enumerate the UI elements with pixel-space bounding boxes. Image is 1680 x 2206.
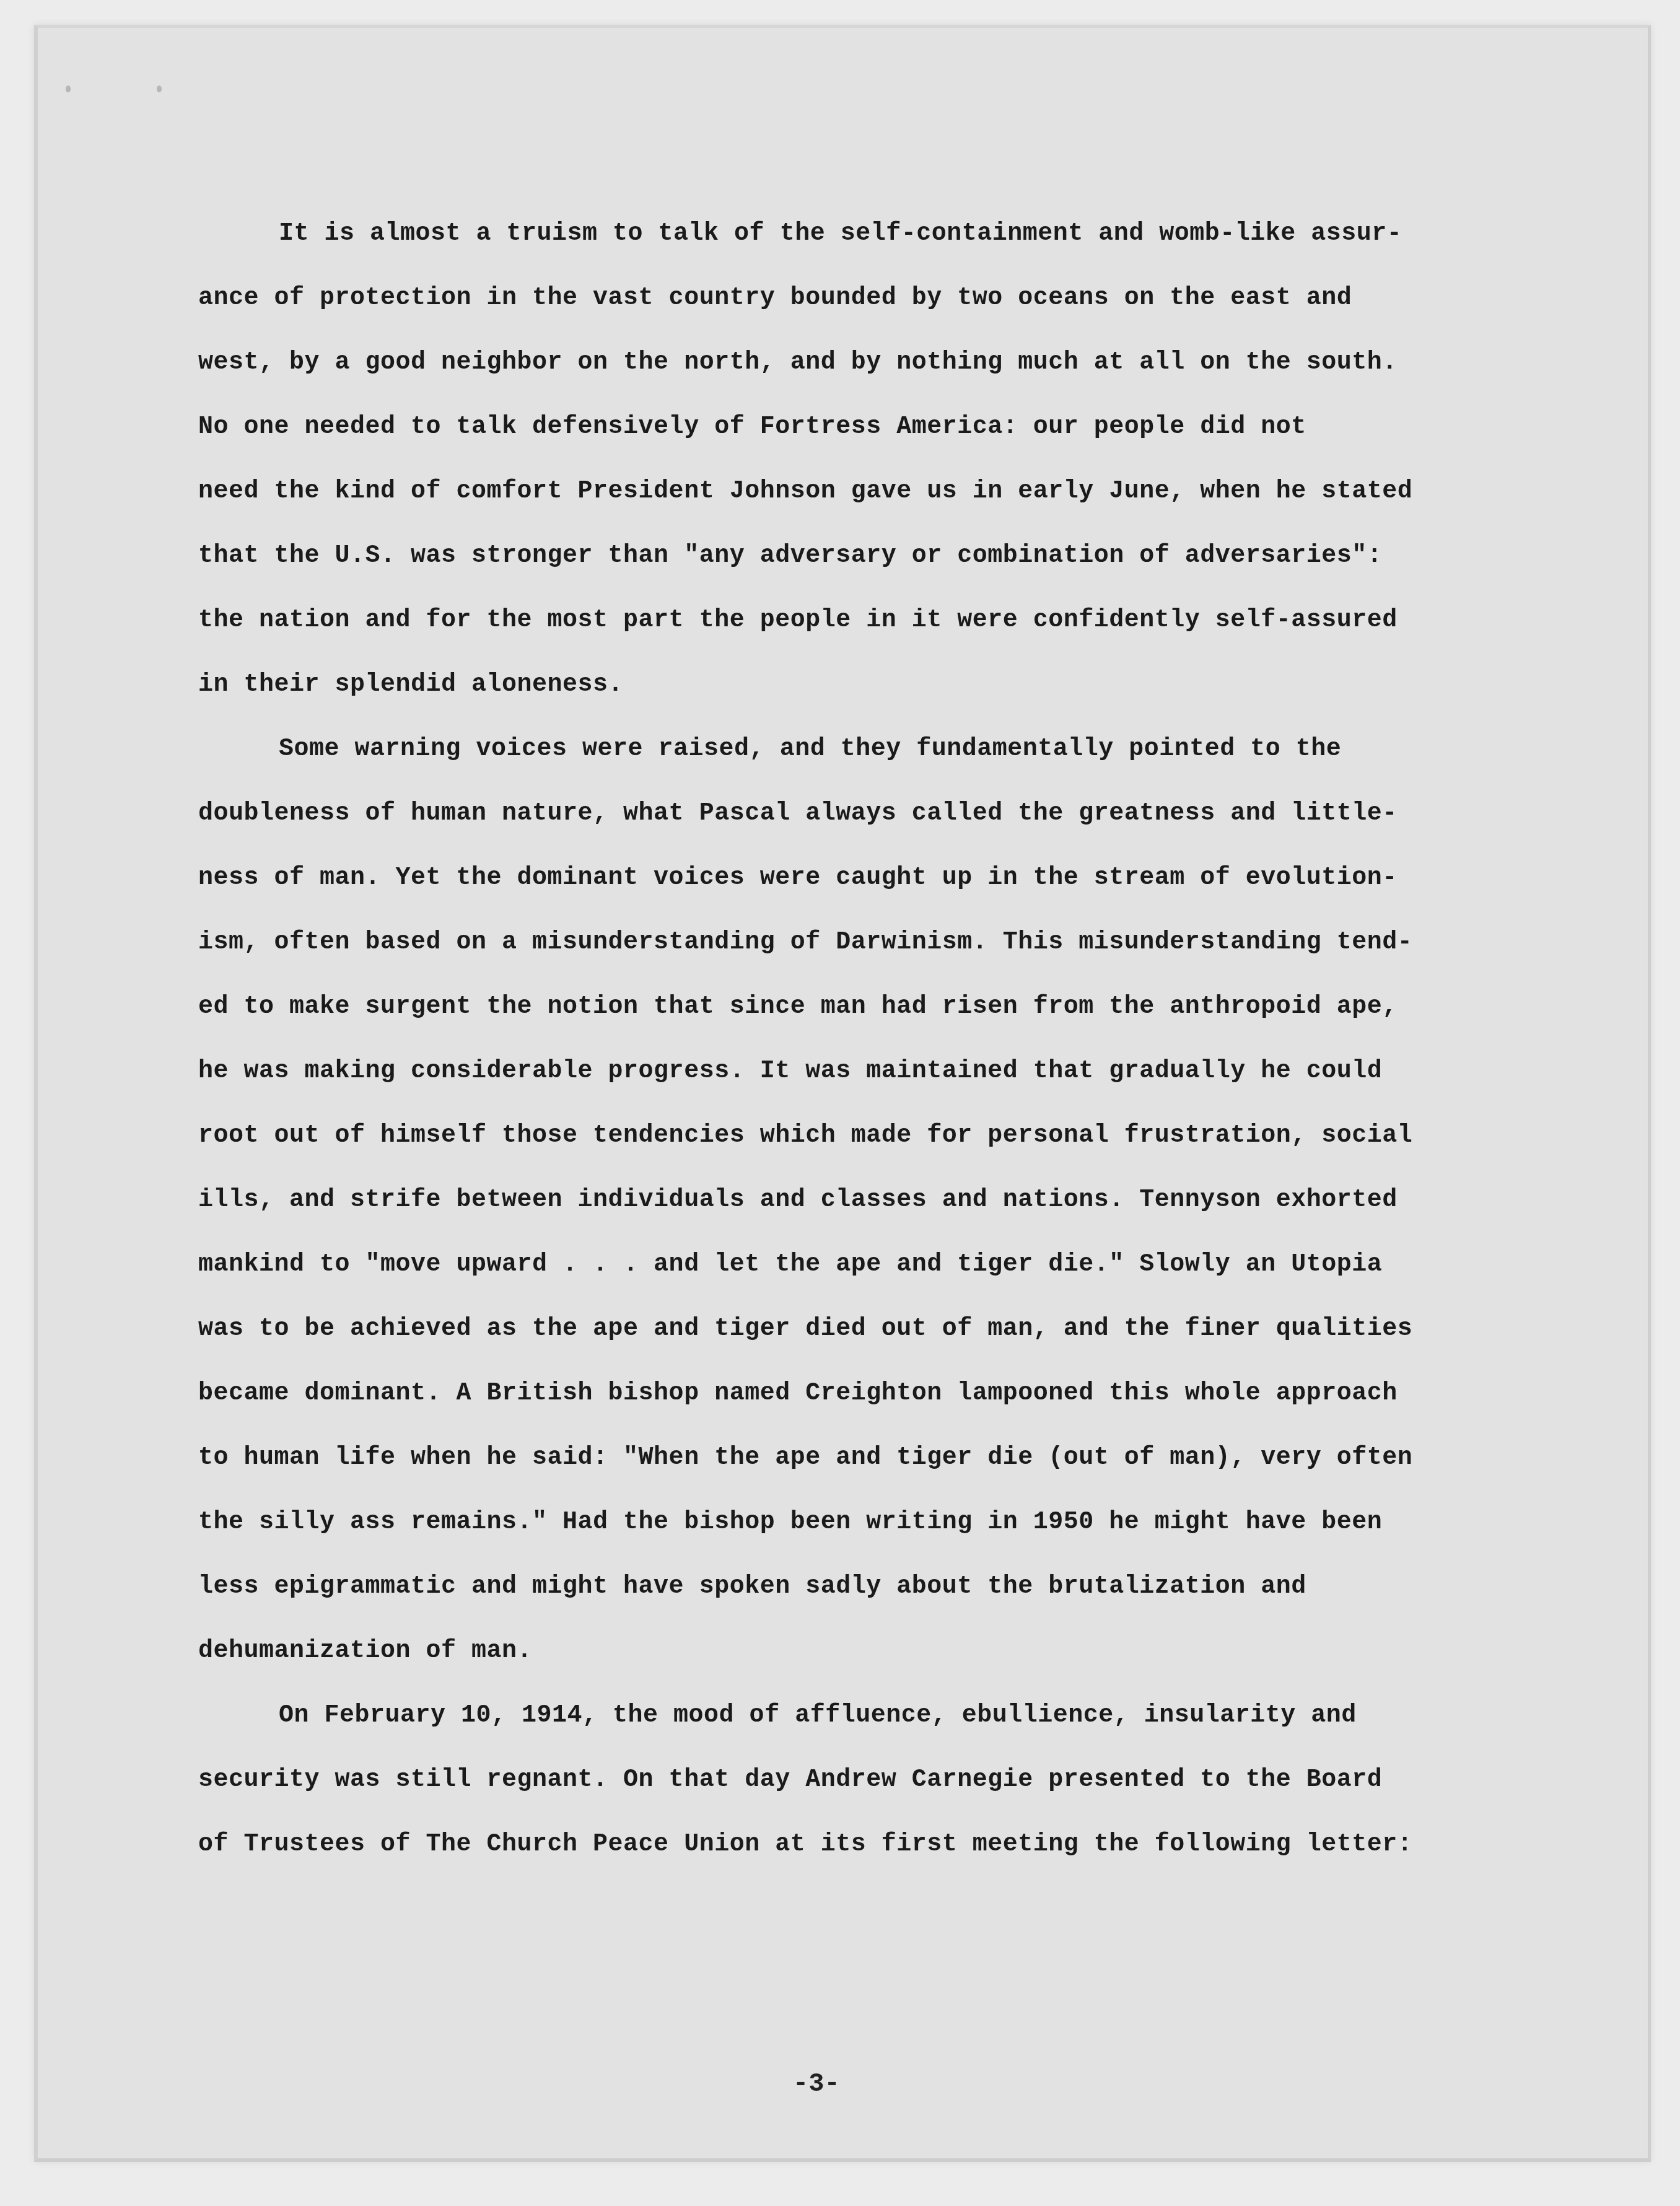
paragraph-2: Some warning voices were raised, and the… xyxy=(198,731,1493,1697)
text-line: Some warning voices were raised, and the… xyxy=(198,731,1493,795)
text-line: ed to make surgent the notion that since… xyxy=(198,989,1493,1053)
text-line: ness of man. Yet the dominant voices wer… xyxy=(198,860,1493,924)
text-line: need the kind of comfort President Johns… xyxy=(198,473,1493,538)
text-line: was to be achieved as the ape and tiger … xyxy=(198,1311,1493,1375)
text-line: to human life when he said: "When the ap… xyxy=(198,1440,1493,1504)
text-line: On February 10, 1914, the mood of afflue… xyxy=(198,1697,1493,1762)
text-line: the silly ass remains." Had the bishop b… xyxy=(198,1504,1493,1569)
text-line: doubleness of human nature, what Pascal … xyxy=(198,795,1493,860)
text-line: the nation and for the most part the peo… xyxy=(198,602,1493,667)
scan-speck xyxy=(157,85,162,92)
scan-speck xyxy=(66,85,71,92)
paragraph-3: On February 10, 1914, the mood of afflue… xyxy=(198,1697,1493,1891)
paragraph-1: It is almost a truism to talk of the sel… xyxy=(198,216,1493,731)
text-line: ance of protection in the vast country b… xyxy=(198,280,1493,344)
text-line: It is almost a truism to talk of the sel… xyxy=(198,216,1493,280)
text-line: ism, often based on a misunderstanding o… xyxy=(198,924,1493,989)
text-line: became dominant. A British bishop named … xyxy=(198,1375,1493,1440)
text-line: in their splendid aloneness. xyxy=(198,667,1493,731)
text-line: less epigrammatic and might have spoken … xyxy=(198,1569,1493,1633)
page-number: -3- xyxy=(793,2069,840,2099)
text-line: root out of himself those tendencies whi… xyxy=(198,1118,1493,1182)
text-line: No one needed to talk defensively of For… xyxy=(198,409,1493,473)
text-line: mankind to "move upward . . . and let th… xyxy=(198,1246,1493,1311)
text-line: of Trustees of The Church Peace Union at… xyxy=(198,1826,1493,1891)
text-line: he was making considerable progress. It … xyxy=(198,1053,1493,1118)
document-body: It is almost a truism to talk of the sel… xyxy=(198,216,1493,1891)
text-line: ills, and strife between individuals and… xyxy=(198,1182,1493,1246)
text-line: security was still regnant. On that day … xyxy=(198,1762,1493,1826)
text-line: west, by a good neighbor on the north, a… xyxy=(198,344,1493,409)
text-line: that the U.S. was stronger than "any adv… xyxy=(198,538,1493,602)
text-line: dehumanization of man. xyxy=(198,1633,1493,1697)
